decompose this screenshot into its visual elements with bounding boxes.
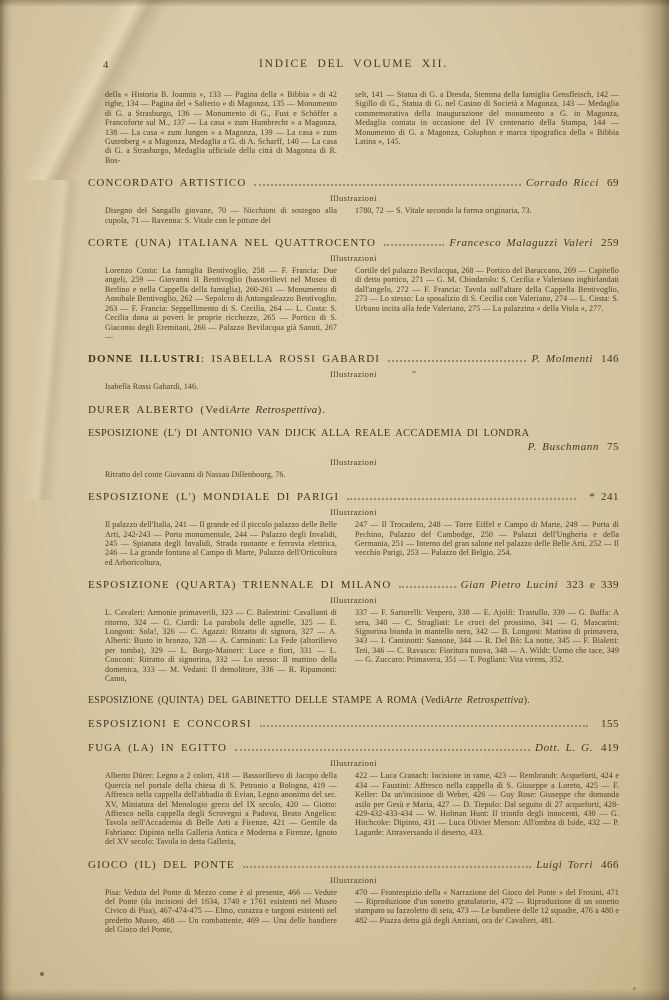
section-title-bold: DONNE ILLUSTRI [88,353,201,365]
paper-speck [40,972,44,976]
author-name: Corrado Ricci [526,177,599,189]
section-title: ESPOSIZIONE (QUINTA) DEL GABINETTO DELLE… [88,695,444,706]
section-title: ESPOSIZIONI E CONCORSI [88,718,252,730]
illustration-list: Alberto Dürer: Legno a 2 colori, 418 — B… [105,771,619,846]
column-left: Disegno del Sangallo giovane, 70 — Nicch… [105,206,337,225]
illustrazioni-label: Illustrazioni [88,193,619,203]
page-ref: 69 [607,177,619,189]
section-heading: FUGA (LA) IN EGITTO Dott. L. G. 419 [88,742,619,754]
dotted-leader [384,244,444,246]
continuation-block: della « Historia B. Joannis », 133 — Pag… [105,90,619,165]
section-title-italic: Arte Retrospettiva [444,695,524,706]
section-heading: GIOCO (IL) DEL PONTE Luigi Torri 466 [88,859,619,871]
illustration-list: L. Cavaleri: Armonie primaverili, 323 — … [105,608,619,683]
section-esposizioni-concorsi: ESPOSIZIONI E CONCORSI 155 [88,718,619,730]
column-left: della « Historia B. Joannis », 133 — Pag… [105,90,337,165]
author-name: Gian Pietro Lucini [461,579,559,591]
section-heading: CONCORDATO ARTISTICO Corrado Ricci 69 [88,177,619,189]
section-title: ESPOSIZIONE (L') MONDIALE DI PARIGI [88,491,339,503]
section-title: DURER ALBERTO (Vedi [88,404,230,416]
page-ref: 75 [607,441,619,453]
section-heading: CORTE (UNA) ITALIANA NEL QUATTROCENTO Fr… [88,237,619,249]
author-name: Dott. L. G. [535,742,593,754]
scanned-index-page: 4 INDICE DEL VOLUME XII. della « Histori… [0,0,669,1000]
dotted-leader [399,586,455,588]
author-name: Luigi Torri [536,859,593,871]
illustrazioni-label: Illustrazioni [88,595,619,605]
section-esposizione-triennale: ESPOSIZIONE (QUARTA) TRIENNALE DI MILANO… [88,579,619,683]
author-name: P. Buschmann [528,441,599,453]
column-right: 1780, 72 — S. Vitale secondo la forma or… [355,206,619,225]
section-esposizione-van-dijck: ESPOSIZIONE (L') DI ANTONIO VAN DIJCK AL… [88,428,619,479]
illustrazioni-label: Illustrazioni [88,369,619,379]
column-left: Lorenzo Costa: La famiglia Bentivoglio, … [105,266,337,341]
section-esposizione-quinta: ESPOSIZIONE (QUINTA) DEL GABINETTO DELLE… [88,695,619,706]
page-edge-shadow-bottom [0,989,669,1000]
column-right: Cortile del palazzo Bevilacqua, 268 — Po… [355,266,619,341]
section-title: CONCORDATO ARTISTICO [88,177,246,189]
section-corte-italiana: CORTE (UNA) ITALIANA NEL QUATTROCENTO Fr… [88,237,619,341]
author-name: Francesco Malaguzzi Valeri [449,237,593,249]
illustrazioni-label: Illustrazioni [88,253,619,263]
column-right: 470 — Frontespizio della « Narrazione de… [355,888,619,935]
folio-number: 4 [103,60,108,71]
column-right: 337 — F. Sartorelli: Vespero, 338 — E. A… [355,608,619,683]
page-edge-shadow-top [0,0,669,7]
illustration-single-line: Ritratto del conte Giovanni di Nassau Di… [105,470,619,479]
section-heading: ESPOSIZIONE (QUINTA) DEL GABINETTO DELLE… [88,695,619,706]
section-heading: ESPOSIZIONE (QUARTA) TRIENNALE DI MILANO… [88,579,619,591]
section-title: CORTE (UNA) ITALIANA NEL QUATTROCENTO [88,237,376,249]
illustration-single-line: Isabella Rossi Gabardi, 146. [105,382,619,391]
author-line: P. Buschmann 75 [88,441,619,453]
paper-speck [633,987,636,990]
illustration-list: Lorenzo Costa: La famiglia Bentivoglio, … [105,266,619,341]
section-fuga-in-egitto: FUGA (LA) IN EGITTO Dott. L. G. 419 Illu… [88,742,619,846]
illustrazioni-label: Illustrazioni [88,457,619,467]
illustration-list: Disegno del Sangallo giovane, 70 — Nicch… [105,206,619,225]
illustration-list: Pisa: Veduta del Ponte di Mezzo come è a… [105,888,619,935]
section-heading: ESPOSIZIONI E CONCORSI 155 [88,718,619,730]
section-heading: ESPOSIZIONE (L') MONDIALE DI PARIGI * 24… [88,491,619,503]
section-title-end: ). [524,695,530,706]
section-title: ESPOSIZIONE (L') DI ANTONIO VAN DIJCK AL… [88,428,530,439]
section-title: FUGA (LA) IN EGITTO [88,742,227,754]
dotted-leader [243,866,531,868]
page-ref: * 241 [589,491,619,503]
column-left: Pisa: Veduta del Ponte di Mezzo come è a… [105,888,337,935]
section-heading: DONNE ILLUSTRI : ISABELLA ROSSI GABARDI … [88,353,619,365]
page-ref: 419 [601,742,619,754]
section-gioco-del-ponte: GIOCO (IL) DEL PONTE Luigi Torri 466 Ill… [88,859,619,935]
section-title-end: ). [318,404,327,416]
masthead: 4 INDICE DEL VOLUME XII. [88,58,619,73]
page-ref: 259 [601,237,619,249]
section-title: ESPOSIZIONE (QUARTA) TRIENNALE DI MILANO [88,579,391,591]
column-left: Alberto Dürer: Legno a 2 colori, 418 — B… [105,771,337,846]
page-ref: 466 [601,859,619,871]
dotted-leader [388,360,526,362]
column-right: selt, 141 — Statua di G. a Dresda, Stemm… [355,90,619,165]
illustrazioni-label: Illustrazioni [88,875,619,885]
section-title-italic: Arte Retrospettiva [230,404,318,416]
section-concordato-artistico: CONCORDATO ARTISTICO Corrado Ricci 69 Il… [88,177,619,225]
dotted-leader [260,725,588,727]
author-name: P. Molmenti [531,353,593,365]
section-heading: DURER ALBERTO (Vedi Arte Retrospettiva )… [88,404,619,416]
illustration-list: Il palazzo dell'Italia, 241 — Il grande … [105,520,619,567]
section-heading: ESPOSIZIONE (L') DI ANTONIO VAN DIJCK AL… [88,428,619,439]
page-ref: 146 [601,353,619,365]
section-durer-alberto: DURER ALBERTO (Vedi Arte Retrospettiva )… [88,404,619,416]
page-edge-shadow-left [0,0,13,1000]
illustrazioni-label: Illustrazioni [88,758,619,768]
column-left: L. Cavaleri: Armonie primaverili, 323 — … [105,608,337,683]
dotted-leader [235,749,530,751]
column-right: 247 — Il Trocadero, 248 — Torre Eiffel e… [355,520,619,567]
illustrazioni-label: Illustrazioni [88,507,619,517]
section-title: GIOCO (IL) DEL PONTE [88,859,235,871]
section-title: : ISABELLA ROSSI GABARDI [201,353,380,365]
running-head: INDICE DEL VOLUME XII. [88,58,619,70]
column-left: Il palazzo dell'Italia, 241 — Il grande … [105,520,337,567]
dotted-leader [347,498,576,500]
page-ref: 323 e 339 [566,579,619,591]
column-right: 422 — Luca Cranach: Incisione in rame, 4… [355,771,619,846]
dotted-leader [254,184,521,186]
page-ref: 155 [601,718,619,730]
page-content: 4 INDICE DEL VOLUME XII. della « Histori… [88,58,619,935]
page-edge-shadow-right [639,0,669,1000]
section-esposizione-parigi: ESPOSIZIONE (L') MONDIALE DI PARIGI * 24… [88,491,619,567]
section-donne-illustri: DONNE ILLUSTRI : ISABELLA ROSSI GABARDI … [88,353,619,391]
